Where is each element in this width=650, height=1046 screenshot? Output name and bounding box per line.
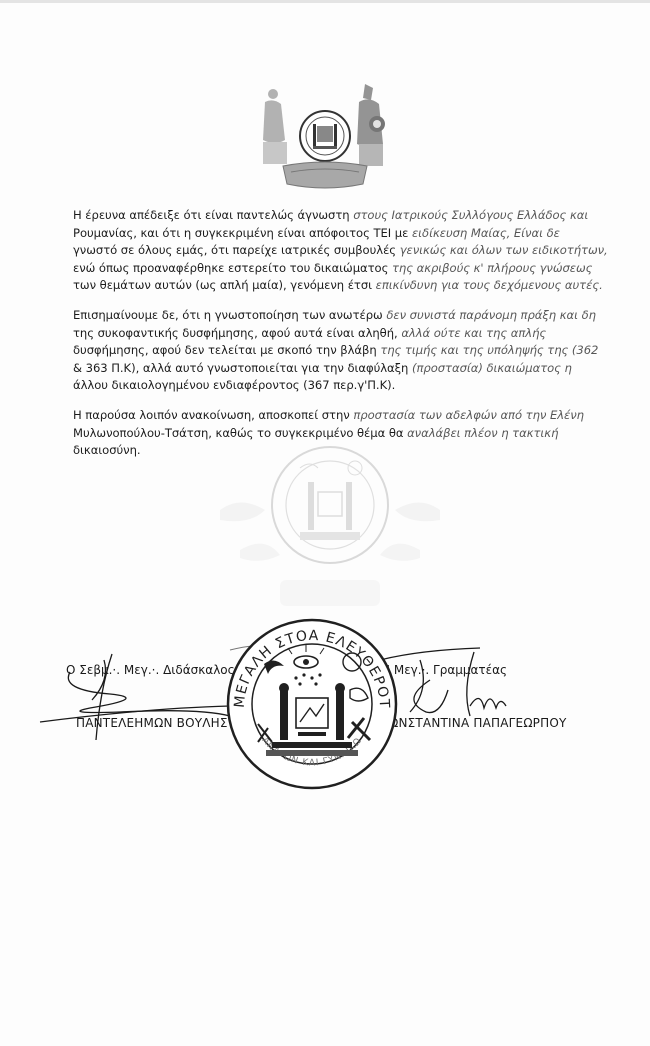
text-faded: (προστασία) δικαιώματος η [412,361,572,375]
text-faded: στους Ιατρικούς Συλλόγους Ελλάδος και [353,208,588,222]
text-plain: ενώ όπως προαναφέρθηκε εστερείτο του δικ… [73,261,392,275]
document-page: Η έρευνα απέδειξε ότι είναι παντελώς άγν… [0,0,650,1046]
signatory-left-title: Ο Σεβμ.·. Μεγ.·. Διδάσκαλος [66,663,235,677]
text-plain: δυσφήμησης, αφού δεν τελείται με σκοπό τ… [73,343,380,357]
signatory-right-name: ΚΩΝΣΤΑΝΤΙΝΑ ΠΑΠΑΓΕΩΡΠΟΥ [381,716,567,730]
text-line: Επισημαίνουμε δε, ότι η γνωστοποίηση των… [73,307,593,325]
signatory-left-name: ΠΑΝΤΕΛΕΗΜΩΝ ΒΟΥΛΗΣ [76,716,228,730]
text-plain: δικαιοσύνη. [73,443,141,457]
text-faded: της τιμής και της υπόληψής της (362 [380,343,598,357]
text-line: γνωστό σε όλους εμάς, ότι παρείχε ιατρικ… [73,242,593,260]
watermark-seal-icon [220,440,440,620]
text-line: δυσφήμησης, αφού δεν τελείται με σκοπό τ… [73,342,593,360]
scan-edge [0,0,650,3]
text-line: Ρουμανίας, και ότι η συγκεκριμένη είναι … [73,225,593,243]
text-plain: γνωστό σε όλους εμάς, ότι παρείχε ιατρικ… [73,243,400,257]
text-plain: Ρουμανίας, και ότι η συγκεκριμένη είναι … [73,226,412,240]
text-line: & 363 Π.Κ), αλλά αυτό γνωστοποιείται για… [73,360,593,378]
text-faded: προστασία των αδελφών από την Ελένη [353,408,584,422]
text-line: ενώ όπως προαναφέρθηκε εστερείτο του δικ… [73,260,593,278]
text-line: άλλου δικαιολογημένου ενδιαφέροντος (367… [73,377,593,395]
text-plain: Η παρούσα λοιπόν ανακοίνωση, αποσκοπεί σ… [73,408,353,422]
text-plain: & 363 Π.Κ), αλλά αυτό γνωστοποιείται για… [73,361,412,375]
text-plain: της συκοφαντικής δυσφήμησης, αφού αυτά ε… [73,326,401,340]
text-line: των θεμάτων αυτών (ως απλή μαία), γενόμε… [73,277,593,295]
text-faded: αλλά ούτε και της απλής [401,326,546,340]
text-faded: της ακριβούς κ' πλήρους γνώσεως [392,261,592,275]
text-faded: δεν συνιστά παράνομη πράξη και δη [386,308,596,322]
text-faded: επικίνδυνη για τους δεχόμενους αυτές. [376,278,603,292]
text-faded: γενικώς και όλων των ειδικοτήτων, [400,243,608,257]
text-faded: ειδίκευση Μαίας, Είναι δε [412,226,560,240]
text-plain: Η έρευνα απέδειξε ότι είναι παντελώς άγν… [73,208,353,222]
paragraph-2: Επισημαίνουμε δε, ότι η γνωστοποίηση των… [73,307,593,395]
text-line: Η παρούσα λοιπόν ανακοίνωση, αποσκοπεί σ… [73,407,593,425]
crest-emblem-icon [255,80,395,192]
paragraph-1: Η έρευνα απέδειξε ότι είναι παντελώς άγν… [73,207,593,295]
text-plain: Μυλωνοπούλου-Τσάτση, καθώς το συγκεκριμέ… [73,426,407,440]
text-faded: αναλάβει πλέον η τακτική [407,426,558,440]
text-plain: Επισημαίνουμε δε, ότι η γνωστοποίηση των… [73,308,386,322]
text-line: Η έρευνα απέδειξε ότι είναι παντελώς άγν… [73,207,593,225]
letter-body: Η έρευνα απέδειξε ότι είναι παντελώς άγν… [73,207,593,472]
lodge-stamp-icon: ΜΕΓΑΛΗ ΣΤΟΑ ΕΛΕΥΘΕΡΟΤΕΚΤΟΝΩΝ ΑΝΔΡΩΝ ΚΑΙ … [222,612,402,792]
text-plain: των θεμάτων αυτών (ως απλή μαία), γενόμε… [73,278,376,292]
text-line: της συκοφαντικής δυσφήμησης, αφού αυτά ε… [73,325,593,343]
text-plain: άλλου δικαιολογημένου ενδιαφέροντος (367… [73,378,395,392]
